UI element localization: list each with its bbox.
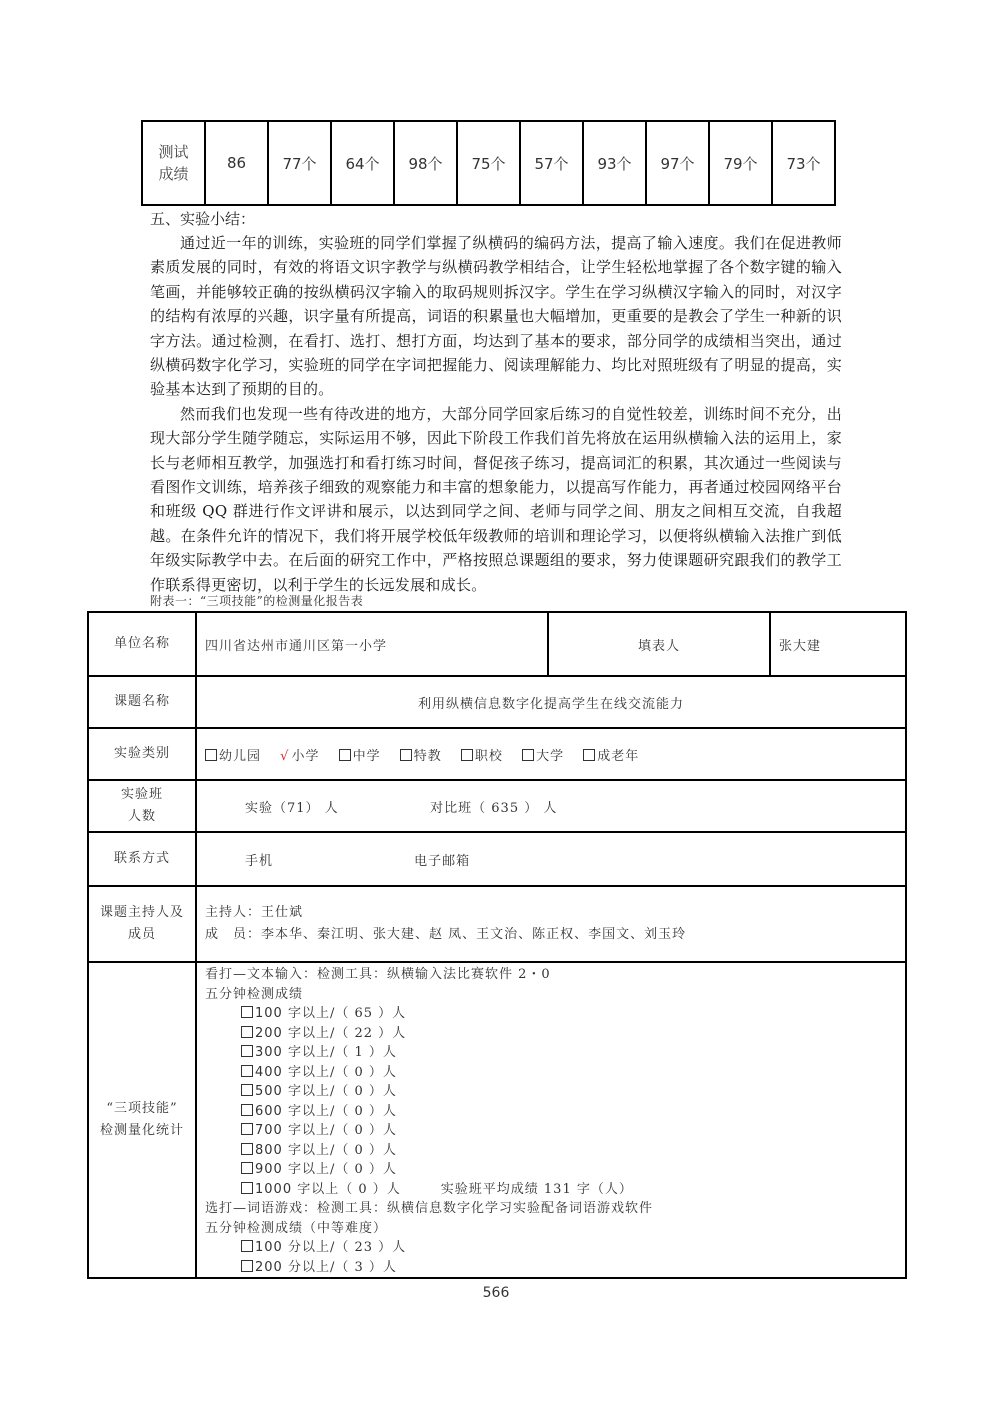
stats-label-line2: 检测量化统计: [93, 1120, 191, 1142]
category-special[interactable]: 特教: [400, 749, 442, 764]
score-cell: 73个: [772, 121, 835, 205]
appendix-title: 附表一：“三项技能”的检测量化报告表: [150, 592, 363, 609]
threshold: 500: [255, 1084, 283, 1099]
score-cell: 57个: [520, 121, 583, 205]
checkbox-icon: [205, 749, 217, 761]
members-values: 主持人：王仕斌 成 员：李本华、秦江明、张大建、赵 凤、王文治、陈正权、李国文、…: [196, 886, 906, 962]
checkbox-icon[interactable]: [241, 1006, 253, 1018]
typing-row: 700 字以上/（ 0 ）人: [205, 1121, 897, 1141]
checkbox-icon[interactable]: [241, 1104, 253, 1116]
host-text: 主持人：王仕斌: [205, 902, 897, 924]
phone-label: 手机: [245, 850, 409, 869]
category-options: 幼儿园 √小学 中学 特教 职校 大学 成老年: [196, 728, 906, 780]
typing-row: 300 字以上/（ 1 ）人: [205, 1043, 897, 1063]
score-row-label: 测试 成绩: [142, 121, 205, 205]
score-cell: 79个: [709, 121, 772, 205]
row-unit: 单位名称 四川省达州市通川区第一小学 填表人 张大建: [88, 612, 906, 676]
category-label: 实验类别: [88, 728, 196, 780]
typing-row: 1000 字以上（ 0 ）人实验班平均成绩 131 字（人）: [205, 1180, 897, 1200]
checkbox-icon: [583, 749, 595, 761]
class-size-values: 实验（71） 人 对比班（ 635 ） 人: [196, 780, 906, 832]
row-category: 实验类别 幼儿园 √小学 中学 特教 职校 大学 成老年: [88, 728, 906, 780]
threshold: 1000: [255, 1182, 292, 1197]
checkbox-icon[interactable]: [241, 1123, 253, 1135]
threshold: 300: [255, 1045, 283, 1060]
stats-label-line1: “三项技能”: [93, 1098, 191, 1120]
row-text: 字以上/（ 0 ）人: [288, 1104, 397, 1119]
checkbox-icon: [400, 749, 412, 761]
typing-row: 100 字以上/（ 65 ）人: [205, 1004, 897, 1024]
category-middle[interactable]: 中学: [339, 749, 381, 764]
stats-label: “三项技能” 检测量化统计: [88, 962, 196, 1278]
row-text: 字以上/（ 1 ）人: [288, 1045, 397, 1060]
checkmark-icon: √: [280, 749, 289, 764]
summary-paragraph: 然而我们也发现一些有待改进的地方，大部分同学回家后练习的自觉性较差，训练时间不充…: [150, 402, 842, 597]
checkbox-icon[interactable]: [241, 1162, 253, 1174]
checkbox-icon[interactable]: [241, 1084, 253, 1096]
category-text: 小学: [291, 749, 319, 764]
word-game-title: 选打—词语游戏：检测工具：纵横信息数字化学习实验配备词语游戏软件: [205, 1199, 897, 1219]
row-text: 字以上/（ 0 ）人: [288, 1065, 397, 1080]
members-label: 课题主持人及 成员: [88, 886, 196, 962]
checkbox-icon: [461, 749, 473, 761]
category-vocational[interactable]: 职校: [461, 749, 503, 764]
word-game-subtitle: 五分钟检测成绩（中等难度）: [205, 1219, 897, 1239]
category-primary[interactable]: √小学: [280, 749, 319, 764]
row-text: 字以上/（ 0 ）人: [288, 1162, 397, 1177]
topic-value: 利用纵横信息数字化提高学生在线交流能力: [196, 676, 906, 728]
category-kindergarten[interactable]: 幼儿园: [205, 749, 261, 764]
checkbox-icon[interactable]: [241, 1143, 253, 1155]
typing-row: 600 字以上/（ 0 ）人: [205, 1102, 897, 1122]
typing-row: 900 字以上/（ 0 ）人: [205, 1160, 897, 1180]
word-game-row: 200 分以上/（ 3 ）人: [205, 1258, 897, 1278]
row-text: 字以上/（ 0 ）人: [288, 1084, 397, 1099]
contact-label: 联系方式: [88, 832, 196, 886]
threshold: 200: [255, 1260, 283, 1275]
threshold: 400: [255, 1065, 283, 1080]
checkbox-icon[interactable]: [241, 1182, 253, 1194]
score-row: 测试 成绩 86 77个 64个 98个 75个 57个 93个 97个 79个…: [142, 121, 835, 205]
score-cell: 75个: [457, 121, 520, 205]
summary-heading: 五、实验小结：: [150, 207, 842, 231]
filler-value: 张大建: [770, 612, 906, 676]
threshold: 100: [255, 1006, 283, 1021]
score-cell: 97个: [646, 121, 709, 205]
category-text: 大学: [536, 749, 564, 764]
checkbox-icon[interactable]: [241, 1260, 253, 1272]
threshold: 600: [255, 1104, 283, 1119]
checkbox-icon: [339, 749, 351, 761]
members-label-line1: 课题主持人及: [93, 902, 191, 924]
threshold: 200: [255, 1026, 283, 1041]
control-count: 对比班（ 635 ） 人: [430, 801, 557, 816]
report-table: 单位名称 四川省达州市通川区第一小学 填表人 张大建 课题名称 利用纵横信息数字…: [87, 611, 907, 1279]
row-text: 分以上/（ 23 ）人: [288, 1240, 406, 1255]
typing-average: 实验班平均成绩 131 字（人）: [441, 1180, 633, 1200]
stats-content: 看打—文本输入：检测工具：纵横输入法比赛软件 2・0 五分钟检测成绩 100 字…: [196, 962, 906, 1278]
checkbox-icon[interactable]: [241, 1045, 253, 1057]
category-text: 成老年: [597, 749, 639, 764]
unit-label: 单位名称: [88, 612, 196, 676]
email-label: 电子邮箱: [414, 854, 470, 869]
score-label-line1: 测试: [143, 141, 204, 163]
row-members: 课题主持人及 成员 主持人：王仕斌 成 员：李本华、秦江明、张大建、赵 凤、王文…: [88, 886, 906, 962]
typing-row: 500 字以上/（ 0 ）人: [205, 1082, 897, 1102]
threshold: 100: [255, 1240, 283, 1255]
threshold: 700: [255, 1123, 283, 1138]
class-size-label-line2: 人数: [93, 806, 191, 828]
score-cell: 93个: [583, 121, 646, 205]
score-cell: 77个: [268, 121, 331, 205]
category-text: 幼儿园: [219, 749, 261, 764]
contact-values: 手机 电子邮箱: [196, 832, 906, 886]
checkbox-icon[interactable]: [241, 1065, 253, 1077]
row-contact: 联系方式 手机 电子邮箱: [88, 832, 906, 886]
typing-title: 看打—文本输入：检测工具：纵横输入法比赛软件 2・0: [205, 965, 897, 985]
threshold: 900: [255, 1162, 283, 1177]
typing-row: 200 字以上/（ 22 ）人: [205, 1024, 897, 1044]
topic-label: 课题名称: [88, 676, 196, 728]
row-text: 字以上/（ 22 ）人: [288, 1026, 406, 1041]
filler-label: 填表人: [548, 612, 770, 676]
threshold: 800: [255, 1143, 283, 1158]
class-size-label: 实验班 人数: [88, 780, 196, 832]
word-game-row: 100 分以上/（ 23 ）人: [205, 1238, 897, 1258]
category-university[interactable]: 大学: [522, 749, 564, 764]
score-table: 测试 成绩 86 77个 64个 98个 75个 57个 93个 97个 79个…: [141, 120, 836, 206]
typing-row: 800 字以上/（ 0 ）人: [205, 1141, 897, 1161]
unit-value: 四川省达州市通川区第一小学: [196, 612, 548, 676]
typing-subtitle: 五分钟检测成绩: [205, 985, 897, 1005]
category-text: 职校: [475, 749, 503, 764]
row-topic: 课题名称 利用纵横信息数字化提高学生在线交流能力: [88, 676, 906, 728]
class-size-label-line1: 实验班: [93, 784, 191, 806]
summary-section: 五、实验小结： 通过近一年的训练，实验班的同学们掌握了纵横码的编码方法，提高了输…: [150, 207, 842, 597]
category-text: 特教: [414, 749, 442, 764]
row-stats: “三项技能” 检测量化统计 看打—文本输入：检测工具：纵横输入法比赛软件 2・0…: [88, 962, 906, 1278]
members-text: 成 员：李本华、秦江明、张大建、赵 凤、王文治、陈正权、李国文、刘玉玲: [205, 924, 897, 946]
page-number: 566: [0, 1285, 992, 1301]
category-text: 中学: [353, 749, 381, 764]
row-text: 字以上（ 0 ）人: [297, 1182, 401, 1197]
score-cell: 64个: [331, 121, 394, 205]
category-adult[interactable]: 成老年: [583, 749, 639, 764]
experiment-count: 实验（71） 人: [245, 797, 425, 816]
members-label-line2: 成员: [93, 924, 191, 946]
row-text: 字以上/（ 65 ）人: [288, 1006, 406, 1021]
row-class-size: 实验班 人数 实验（71） 人 对比班（ 635 ） 人: [88, 780, 906, 832]
checkbox-icon: [522, 749, 534, 761]
checkbox-icon[interactable]: [241, 1026, 253, 1038]
score-cell: 98个: [394, 121, 457, 205]
checkbox-icon[interactable]: [241, 1240, 253, 1252]
score-cell: 86: [205, 121, 268, 205]
summary-paragraph: 通过近一年的训练，实验班的同学们掌握了纵横码的编码方法，提高了输入速度。我们在促…: [150, 231, 842, 402]
row-text: 字以上/（ 0 ）人: [288, 1123, 397, 1138]
row-text: 字以上/（ 0 ）人: [288, 1143, 397, 1158]
typing-row: 400 字以上/（ 0 ）人: [205, 1063, 897, 1083]
row-text: 分以上/（ 3 ）人: [288, 1260, 397, 1275]
score-label-line2: 成绩: [143, 163, 204, 185]
